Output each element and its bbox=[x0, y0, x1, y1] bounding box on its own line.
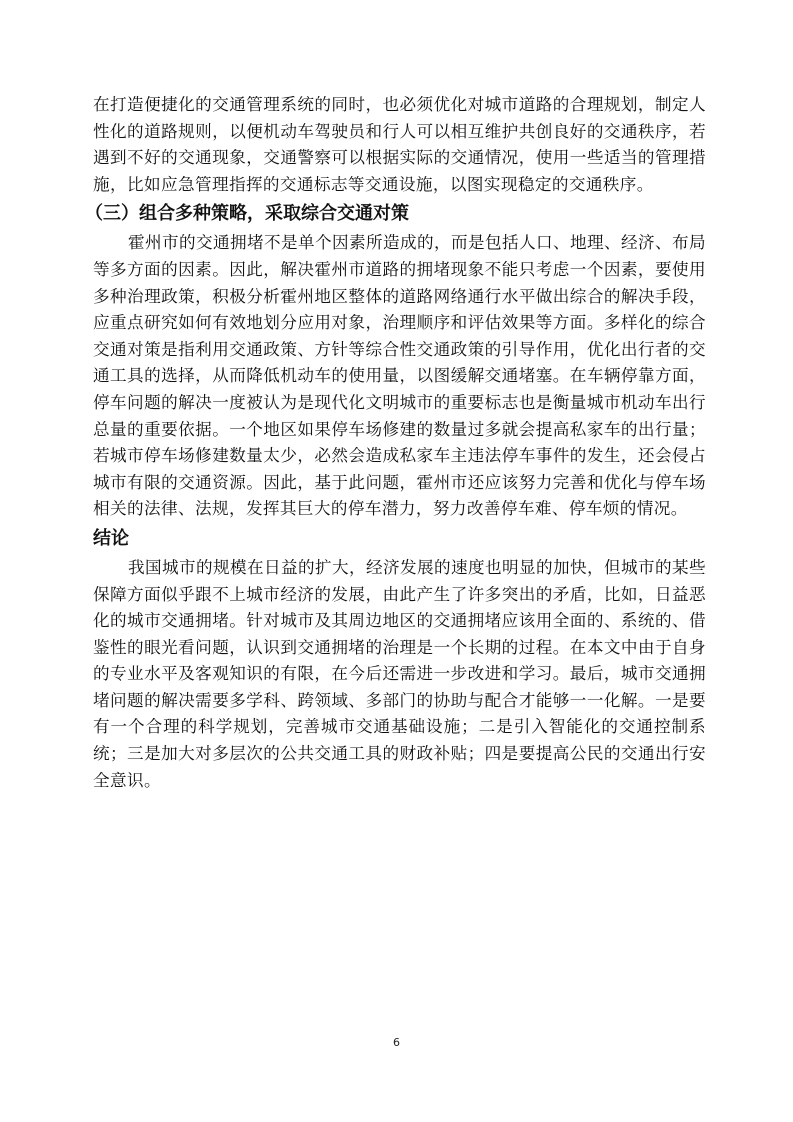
paragraph-conclusion: 我国城市的规模在日益的扩大，经济发展的速度也明显的加快，但城市的某些保障方面似乎… bbox=[93, 555, 706, 794]
paragraph-combined-strategies: 霍州市的交通拥堵不是单个因素所造成的，而是包括人口、地理、经济、布局等多方面的因… bbox=[93, 230, 706, 523]
section-heading-conclusion: 结论 bbox=[93, 525, 706, 553]
paragraph-traffic-management: 在打造便捷化的交通管理系统的同时，也必须优化对城市道路的合理规划，制定人性化的道… bbox=[93, 92, 706, 198]
section-heading-combined-strategies: （三）组合多种策略，采取综合交通对策 bbox=[85, 200, 706, 228]
document-page: 在打造便捷化的交通管理系统的同时，也必须优化对城市道路的合理规划，制定人性化的道… bbox=[93, 92, 706, 794]
page-number: 6 bbox=[0, 1036, 793, 1049]
